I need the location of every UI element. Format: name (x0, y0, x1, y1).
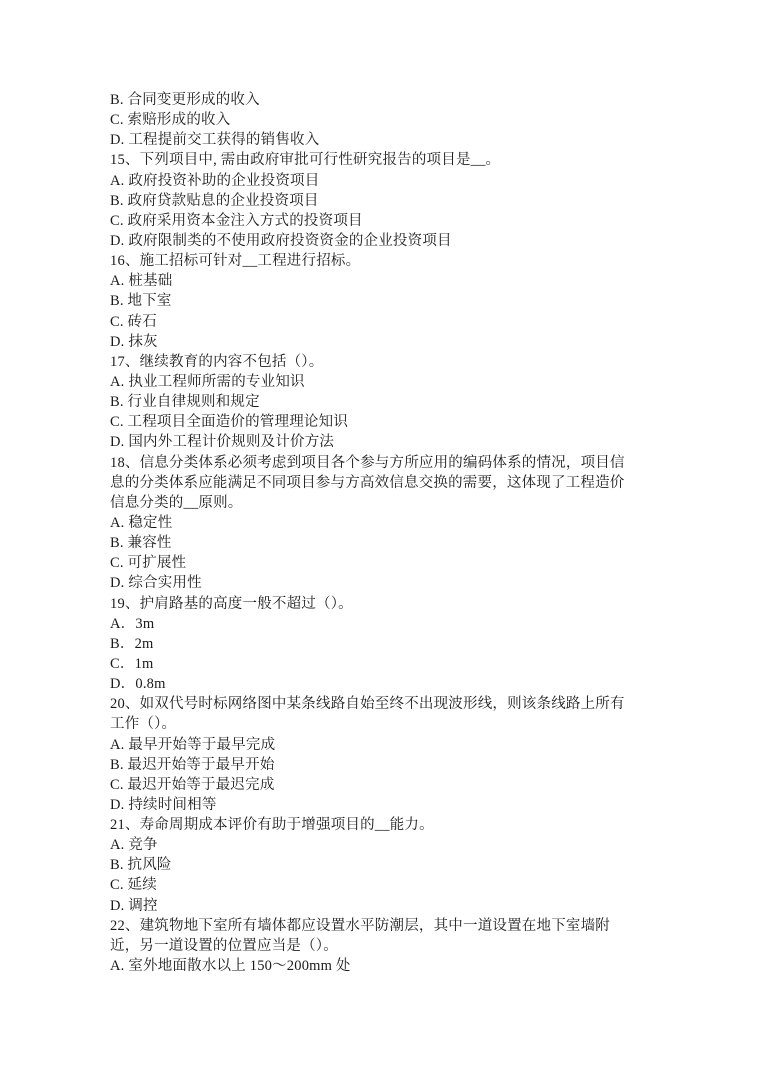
option-line: A. 竞争 (110, 835, 670, 855)
document-page: B. 合同变更形成的收入 C. 索赔形成的收入 D. 工程提前交工获得的销售收入… (110, 90, 670, 976)
question-stem: 21、寿命周期成本评价有助于增强项目的__能力。 (110, 815, 670, 835)
continued-options: B. 合同变更形成的收入 C. 索赔形成的收入 D. 工程提前交工获得的销售收入 (110, 90, 670, 150)
question-stem: 息的分类体系应能满足不同项目参与方高效信息交换的需要，这体现了工程造价 (110, 473, 670, 493)
option-line: A. 稳定性 (110, 513, 670, 533)
question-20: 20、如双代号时标网络图中某条线路自始至终不出现波形线，则该条线路上所有 工作（… (110, 694, 670, 815)
option-line: C. 砖石 (110, 312, 670, 332)
option-line: A. 桩基础 (110, 271, 670, 291)
question-stem: 19、护肩路基的高度一般不超过（）。 (110, 594, 670, 614)
question-stem: 18、信息分类体系必须考虑到项目各个参与方所应用的编码体系的情况，项目信 (110, 453, 670, 473)
option-line: D．0.8m (110, 674, 670, 694)
option-line: D. 综合实用性 (110, 573, 670, 593)
option-line: D. 国内外工程计价规则及计价方法 (110, 432, 670, 452)
option-line: A. 执业工程师所需的专业知识 (110, 372, 670, 392)
option-line: D. 政府限制类的不使用政府投资资金的企业投资项目 (110, 231, 670, 251)
option-line: C．1m (110, 654, 670, 674)
option-line: C. 延续 (110, 875, 670, 895)
option-line: B. 抗风险 (110, 855, 670, 875)
question-stem: 15、下列项目中, 需由政府审批可行性研究报告的项目是__。 (110, 150, 670, 170)
question-stem: 工作（）。 (110, 714, 670, 734)
option-line: C. 可扩展性 (110, 553, 670, 573)
question-18: 18、信息分类体系必须考虑到项目各个参与方所应用的编码体系的情况，项目信 息的分… (110, 453, 670, 594)
question-stem: 16、施工招标可针对__工程进行招标。 (110, 251, 670, 271)
option-line: A. 政府投资补助的企业投资项目 (110, 171, 670, 191)
question-stem: 22、建筑物地下室所有墙体都应设置水平防潮层，其中一道设置在地下室墙附 (110, 916, 670, 936)
option-line: B. 最迟开始等于最早开始 (110, 755, 670, 775)
option-line: B．2m (110, 634, 670, 654)
option-line: C. 索赔形成的收入 (110, 110, 670, 130)
option-line: B. 地下室 (110, 291, 670, 311)
question-17: 17、继续教育的内容不包括（）。 A. 执业工程师所需的专业知识 B. 行业自律… (110, 352, 670, 453)
option-line: B. 政府贷款贴息的企业投资项目 (110, 191, 670, 211)
option-line: D. 调控 (110, 896, 670, 916)
option-line: C. 工程项目全面造价的管理理论知识 (110, 412, 670, 432)
option-line: B. 行业自律规则和规定 (110, 392, 670, 412)
question-stem: 20、如双代号时标网络图中某条线路自始至终不出现波形线，则该条线路上所有 (110, 694, 670, 714)
question-stem: 信息分类的__原则。 (110, 493, 670, 513)
option-line: A. 室外地面散水以上 150～200mm 处 (110, 956, 670, 976)
option-line: D. 工程提前交工获得的销售收入 (110, 130, 670, 150)
option-line: D. 抹灰 (110, 332, 670, 352)
question-16: 16、施工招标可针对__工程进行招标。 A. 桩基础 B. 地下室 C. 砖石 … (110, 251, 670, 352)
option-line: C. 政府采用资本金注入方式的投资项目 (110, 211, 670, 231)
option-line: D. 持续时间相等 (110, 795, 670, 815)
question-stem: 近，另一道设置的位置应当是（）。 (110, 936, 670, 956)
question-stem: 17、继续教育的内容不包括（）。 (110, 352, 670, 372)
question-19: 19、护肩路基的高度一般不超过（）。 A．3m B．2m C．1m D．0.8m (110, 594, 670, 695)
option-line: A．3m (110, 614, 670, 634)
option-line: B. 合同变更形成的收入 (110, 90, 670, 110)
question-21: 21、寿命周期成本评价有助于增强项目的__能力。 A. 竞争 B. 抗风险 C.… (110, 815, 670, 916)
question-15: 15、下列项目中, 需由政府审批可行性研究报告的项目是__。 A. 政府投资补助… (110, 150, 670, 251)
option-line: C. 最迟开始等于最迟完成 (110, 775, 670, 795)
question-22: 22、建筑物地下室所有墙体都应设置水平防潮层，其中一道设置在地下室墙附 近，另一… (110, 916, 670, 976)
option-line: B. 兼容性 (110, 533, 670, 553)
option-line: A. 最早开始等于最早完成 (110, 735, 670, 755)
